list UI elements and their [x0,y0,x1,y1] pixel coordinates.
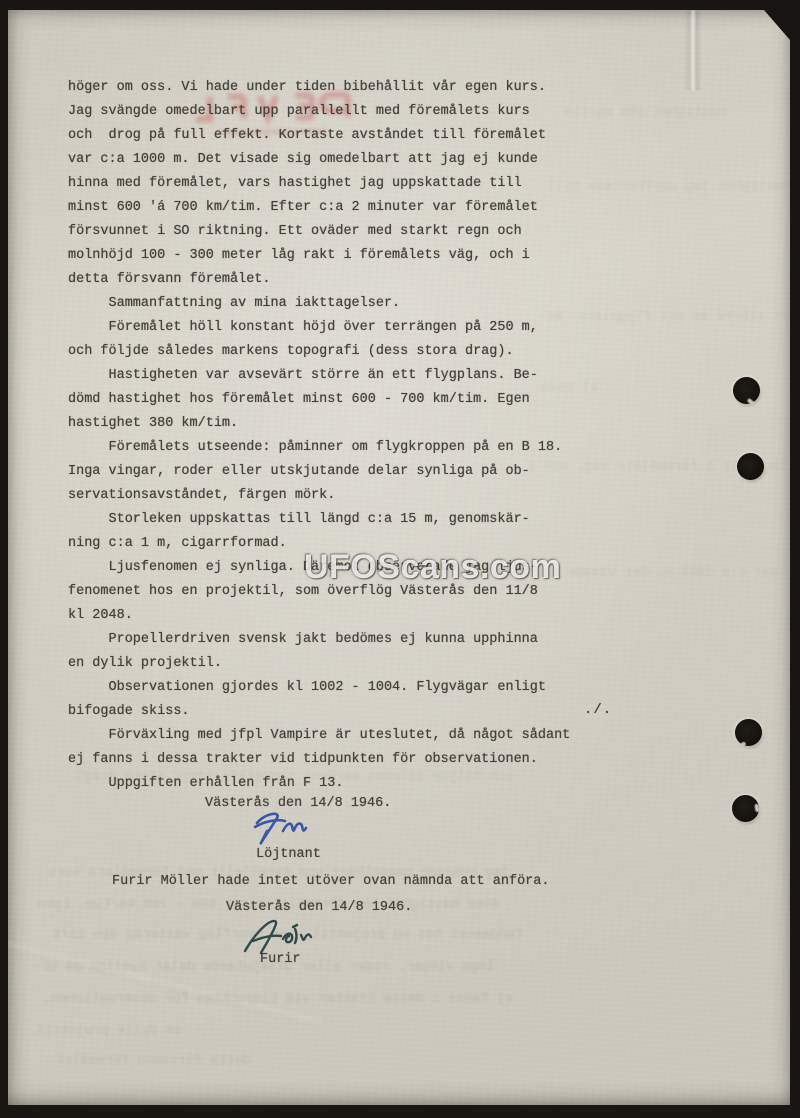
text-line: höger om oss. Vi hade under tiden bibehå… [68,76,608,100]
ufoscans-watermark: UFOScans.com [304,548,561,587]
text-line: Föremålets utseende: påminner om flygkro… [68,436,608,460]
text-line: kl 2048. [68,604,608,628]
punch-hole [732,795,759,822]
text-line: Storleken uppskattas till längd c:a 15 m… [68,508,608,532]
text-line: bifogade skiss. [68,700,608,724]
text-line: en dylik projektil. [68,652,608,676]
text-line: Sammanfattning av mina iakttagelser. [68,292,608,316]
punch-hole [733,377,760,404]
text-line: Propellerdriven svensk jakt bedömes ej k… [68,628,608,652]
bleedthrough-line: en dylik projektil. [28,1024,182,1039]
text-line: Jag svängde omedelbart upp parallellt me… [68,100,608,124]
typewritten-body: höger om oss. Vi hade under tiden bibehå… [68,76,608,796]
scanned-document-page: hastighet 380 km/tim.hinna med föremålet… [0,0,800,1118]
text-line: Hastigheten var avsevärt större än ett f… [68,364,608,388]
text-line: och följde således markens topografi (de… [68,340,608,364]
signature-role-furir: Furir [260,952,301,967]
signature-role-lieutenant: Löjtnant [256,847,321,862]
text-line: Observationen gjordes kl 1002 - 1004. Fl… [68,676,608,700]
text-line: minst 600 'á 700 km/tim. Efter c:a 2 min… [68,196,608,220]
folded-corner-top-right [764,10,790,40]
enclosure-reference-mark: ./. [584,702,612,718]
text-line: hinna med föremålet, vars hastighet jag … [68,172,608,196]
text-line: Förväxling med jfpl Vampire är uteslutet… [68,724,608,748]
text-line: Inga vingar, roder eller utskjutande del… [68,460,608,484]
bleedthrough-line: detta försvann föremålet. [48,1054,251,1069]
text-line: Föremålet höll konstant höjd över terrän… [68,316,608,340]
paper-crease [684,10,702,90]
text-line: molnhöjd 100 - 300 meter låg rakt i före… [68,244,608,268]
punch-hole [735,719,762,746]
text-line: ej fanns i dessa trakter vid tidpunkten … [68,748,608,772]
paper-sheet: hastighet 380 km/tim.hinna med föremålet… [8,10,790,1105]
date-line-2: Västerås den 14/8 1946. [226,900,412,915]
text-line: försvunnet i SO riktning. Ett oväder med… [68,220,608,244]
text-line: Uppgiften erhållen från F 13. [68,772,608,796]
bleedthrough-line: ej fanns i dessa trakter vid tidpunkten … [43,992,513,1007]
text-line: hastighet 380 km/tim. [68,412,608,436]
punch-hole [737,453,764,480]
text-line: och drog på full effekt. Kortaste avstån… [68,124,608,148]
text-line: servationsavståndet, färgen mörk. [68,484,608,508]
text-line: var c:a 1000 m. Det visade sig omedelbar… [68,148,608,172]
addendum-line: Furir Möller hade intet utöver ovan nämn… [112,874,549,889]
text-line: detta försvann föremålet. [68,268,608,292]
text-line: dömd hastighet hos föremålet minst 600 -… [68,388,608,412]
